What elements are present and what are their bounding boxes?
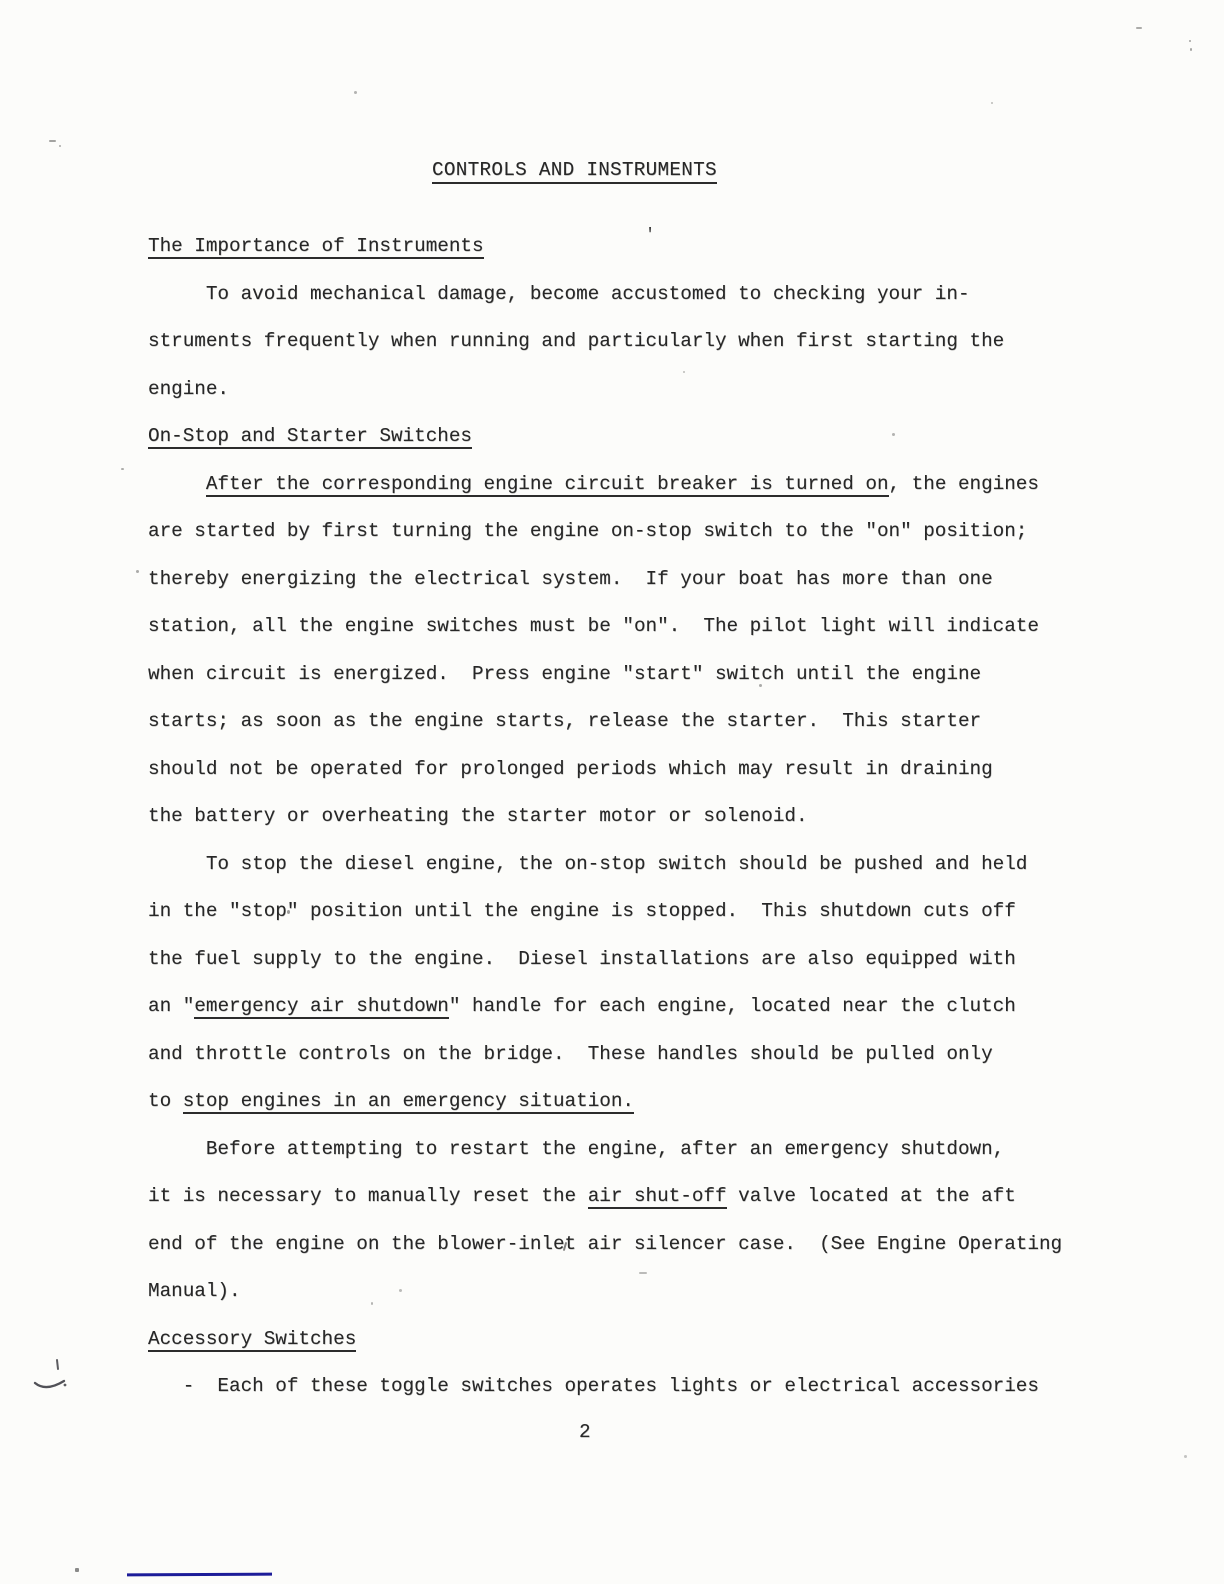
text-segment: and throttle controls on the bridge. The… — [148, 1043, 993, 1065]
text-segment: should not be operated for prolonged per… — [148, 758, 993, 780]
text-segment: struments frequently when running and pa… — [148, 330, 1004, 352]
text-segment: engine. — [148, 378, 229, 400]
scan-speck — [1190, 48, 1192, 51]
underlined-text: emergency air shutdown — [194, 995, 449, 1019]
scan-speck — [399, 1289, 402, 1292]
document-line: an "emergency air shutdown" handle for e… — [148, 995, 1016, 1017]
document-title-text: CONTROLS AND INSTRUMENTS — [432, 159, 717, 184]
text-segment — [148, 473, 206, 495]
page-number: 2 — [579, 1421, 591, 1443]
underlined-text: After the corresponding engine circuit b… — [206, 473, 889, 497]
underlined-text: The Importance of Instruments — [148, 235, 484, 259]
document-line: in the "stop" position until the engine … — [148, 900, 1016, 922]
text-segment: to — [148, 1090, 183, 1112]
text-segment: " handle for each engine, located near t… — [449, 995, 1016, 1017]
scan-speck — [49, 140, 56, 142]
document-line: the battery or overheating the starter m… — [148, 805, 808, 827]
document-line: and throttle controls on the bridge. The… — [148, 1043, 993, 1065]
document-line: starts; as soon as the engine starts, re… — [148, 710, 981, 732]
document-line: when circuit is energized. Press engine … — [148, 663, 981, 685]
underlined-text: On-Stop and Starter Switches — [148, 425, 472, 449]
text-segment: end of the engine on the blower-inlet ai… — [148, 1233, 1062, 1255]
scan-speck — [991, 102, 993, 104]
document-line: are started by first turning the engine … — [148, 520, 1027, 542]
scan-speck — [121, 468, 124, 470]
text-segment: To stop the diesel engine, the on-stop s… — [148, 853, 1027, 875]
text-segment: in the "stop" position until the engine … — [148, 900, 1016, 922]
text-segment: the battery or overheating the starter m… — [148, 805, 808, 827]
document-line: The Importance of Instruments — [148, 235, 484, 257]
document-line: On-Stop and Starter Switches — [148, 425, 472, 447]
document-line: it is necessary to manually reset the ai… — [148, 1185, 1016, 1207]
document-line: struments frequently when running and pa… — [148, 330, 1004, 352]
document-line: To stop the diesel engine, the on-stop s… — [148, 853, 1027, 875]
text-segment: Manual). — [148, 1280, 241, 1302]
underlined-text: stop engines in an emergency situation. — [183, 1090, 634, 1114]
scan-speck — [759, 684, 762, 687]
text-segment: valve located at the aft — [727, 1185, 1016, 1207]
document-line: thereby energizing the electrical system… — [148, 568, 993, 590]
underlined-text: Accessory Switches — [148, 1328, 356, 1352]
document-line: the fuel supply to the engine. Diesel in… — [148, 948, 1016, 970]
text-segment: station, all the engine switches must be… — [148, 615, 1039, 637]
text-segment: - Each of these toggle switches operates… — [148, 1375, 1039, 1397]
scan-speck — [1136, 27, 1142, 29]
text-segment: starts; as soon as the engine starts, re… — [148, 710, 981, 732]
document-line: end of the engine on the blower-inlet ai… — [148, 1233, 1062, 1255]
text-segment: when circuit is energized. Press engine … — [148, 663, 981, 685]
text-segment: thereby energizing the electrical system… — [148, 568, 993, 590]
scan-speck — [75, 1568, 79, 1572]
scan-speck — [354, 91, 357, 94]
scan-speck — [892, 433, 895, 436]
document-line: Accessory Switches — [148, 1328, 356, 1350]
text-segment: are started by first turning the engine … — [148, 520, 1027, 542]
text-segment: the fuel supply to the engine. Diesel in… — [148, 948, 1016, 970]
stray-quote-mark: ' — [645, 226, 655, 245]
document-line: After the corresponding engine circuit b… — [148, 473, 1039, 495]
document-line: engine. — [148, 378, 229, 400]
document-line: station, all the engine switches must be… — [148, 615, 1039, 637]
scan-speck — [639, 1272, 647, 1274]
blue-ink-underline — [127, 1573, 272, 1577]
document-line: - Each of these toggle switches operates… — [148, 1375, 1039, 1397]
scan-speck — [287, 910, 290, 914]
document-line: To avoid mechanical damage, become accus… — [148, 283, 970, 305]
scan-speck — [1189, 40, 1191, 42]
scan-speck — [136, 570, 139, 573]
scan-speck — [59, 145, 61, 147]
document-line: Manual). — [148, 1280, 241, 1302]
scan-speck — [1184, 1455, 1187, 1458]
text-segment: an " — [148, 995, 194, 1017]
text-segment: Before attempting to restart the engine,… — [148, 1138, 1004, 1160]
text-segment: it is necessary to manually reset the — [148, 1185, 588, 1207]
scanned-document-page: CONTROLS AND INSTRUMENTS ' The Importanc… — [0, 0, 1224, 1584]
scan-speck — [371, 1302, 373, 1305]
document-line: Before attempting to restart the engine,… — [148, 1138, 1004, 1160]
document-line: to stop engines in an emergency situatio… — [148, 1090, 634, 1112]
document-title: CONTROLS AND INSTRUMENTS — [432, 159, 717, 181]
scan-speck — [683, 371, 685, 373]
text-segment: To avoid mechanical damage, become accus… — [148, 283, 970, 305]
document-line: should not be operated for prolonged per… — [148, 758, 993, 780]
handwritten-check-mark — [32, 1350, 78, 1396]
underlined-text: air shut-off — [588, 1185, 727, 1209]
text-segment: , the engines — [889, 473, 1039, 495]
